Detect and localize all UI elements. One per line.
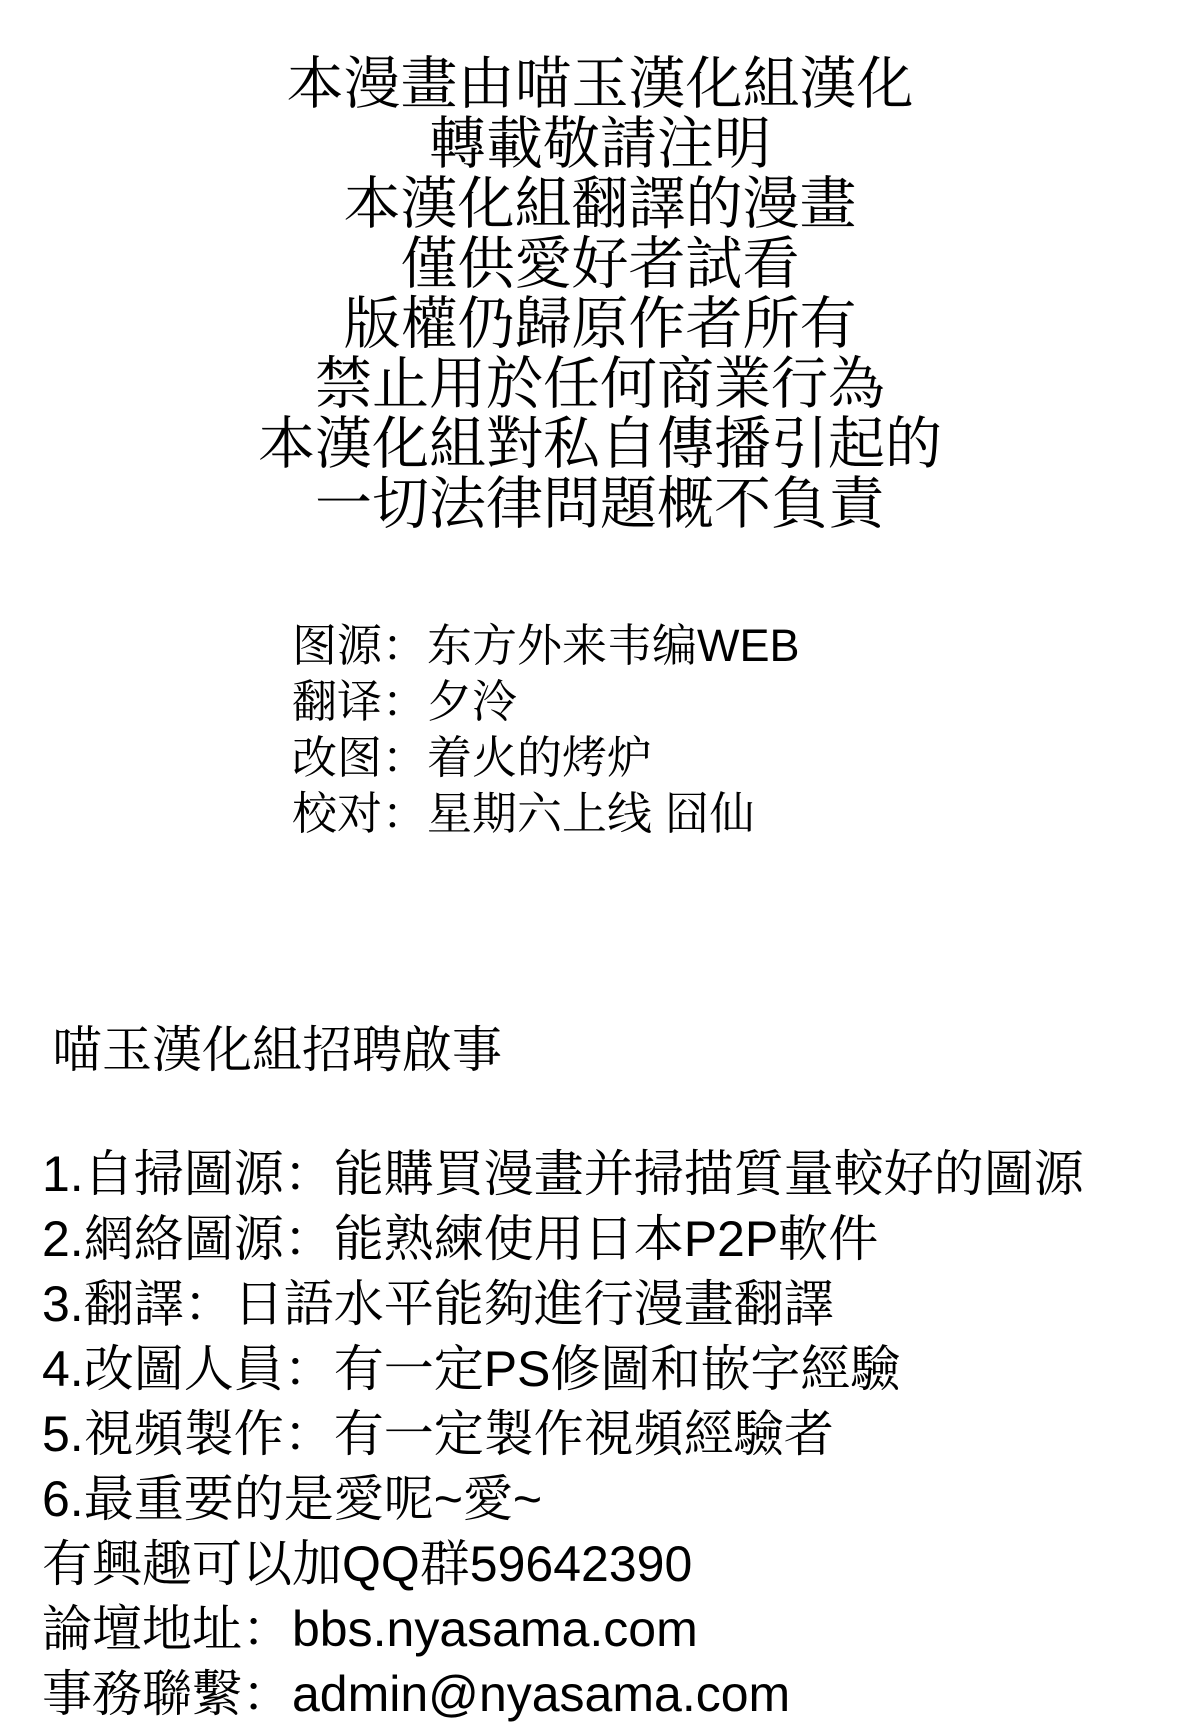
recruitment-title: 喵玉漢化組招聘啟事 [52, 1020, 502, 1080]
recruitment-item: 2.網絡圖源：能熟練使用日本P2P軟件 [42, 1207, 1084, 1272]
disclaimer-line: 轉載敬請注明 [0, 114, 1200, 174]
credit-value: 夕泠 [427, 676, 517, 727]
credit-role: 图源 [292, 620, 382, 671]
forum-url: bbs.nyasama.com [292, 1601, 698, 1657]
credit-colon: ： [382, 676, 427, 727]
credit-role: 校对 [292, 788, 382, 839]
credit-colon: ： [382, 620, 427, 671]
recruitment-item: 3.翻譯：日語水平能夠進行漫畫翻譯 [42, 1272, 1084, 1337]
forum-address-label: 論壇地址： [42, 1601, 292, 1657]
credit-row-editor: 改图：着火的烤炉 [292, 730, 800, 786]
credit-role: 翻译 [292, 676, 382, 727]
disclaimer-line: 本漢化組對私自傳播引起的 [0, 414, 1200, 474]
disclaimer-line: 版權仍歸原作者所有 [0, 294, 1200, 354]
credit-value: 东方外来韦编WEB [427, 620, 800, 671]
forum-address-line: 論壇地址：bbs.nyasama.com [42, 1597, 1084, 1662]
recruitment-item: 1.自掃圖源：能購買漫畫并掃描質量較好的圖源 [42, 1142, 1084, 1207]
disclaimer-line: 一切法律問題概不負責 [0, 474, 1200, 534]
qq-group-number: 59642390 [470, 1536, 692, 1592]
recruitment-item: 6.最重要的是愛呢~愛~ [42, 1467, 1084, 1532]
business-contact-label: 事務聯繫： [42, 1666, 292, 1722]
business-contact-line: 事務聯繫：admin@nyasama.com [42, 1662, 1084, 1722]
qq-contact-line: 有興趣可以加QQ群59642390 [42, 1532, 1084, 1597]
contact-email: admin@nyasama.com [292, 1666, 790, 1722]
staff-credits-block: 图源：东方外来韦编WEB 翻译：夕泠 改图：着火的烤炉 校对：星期六上线 囧仙 [292, 618, 800, 842]
recruitment-item: 5.視頻製作：有一定製作視頻經驗者 [42, 1402, 1084, 1467]
credit-colon: ： [382, 732, 427, 783]
credit-row-source: 图源：东方外来韦编WEB [292, 618, 800, 674]
credit-row-proofreader: 校对：星期六上线 囧仙 [292, 786, 800, 842]
recruitment-item: 4.改圖人員：有一定PS修圖和嵌字經驗 [42, 1337, 1084, 1402]
disclaimer-line: 本漫畫由喵玉漢化組漢化 [0, 54, 1200, 114]
recruitment-list: 1.自掃圖源：能購買漫畫并掃描質量較好的圖源 2.網絡圖源：能熟練使用日本P2P… [42, 1142, 1084, 1722]
scanlation-credits-page: 本漫畫由喵玉漢化組漢化 轉載敬請注明 本漢化組翻譯的漫畫 僅供愛好者試看 版權仍… [0, 0, 1200, 1722]
disclaimer-block: 本漫畫由喵玉漢化組漢化 轉載敬請注明 本漢化組翻譯的漫畫 僅供愛好者試看 版權仍… [0, 54, 1200, 534]
credit-value: 着火的烤炉 [427, 732, 652, 783]
credit-value: 星期六上线 囧仙 [427, 788, 755, 839]
credit-role: 改图 [292, 732, 382, 783]
disclaimer-line: 禁止用於任何商業行為 [0, 354, 1200, 414]
disclaimer-line: 本漢化組翻譯的漫畫 [0, 174, 1200, 234]
credit-row-translator: 翻译：夕泠 [292, 674, 800, 730]
disclaimer-line: 僅供愛好者試看 [0, 234, 1200, 294]
qq-contact-prefix: 有興趣可以加QQ群 [42, 1536, 470, 1592]
credit-colon: ： [382, 788, 427, 839]
